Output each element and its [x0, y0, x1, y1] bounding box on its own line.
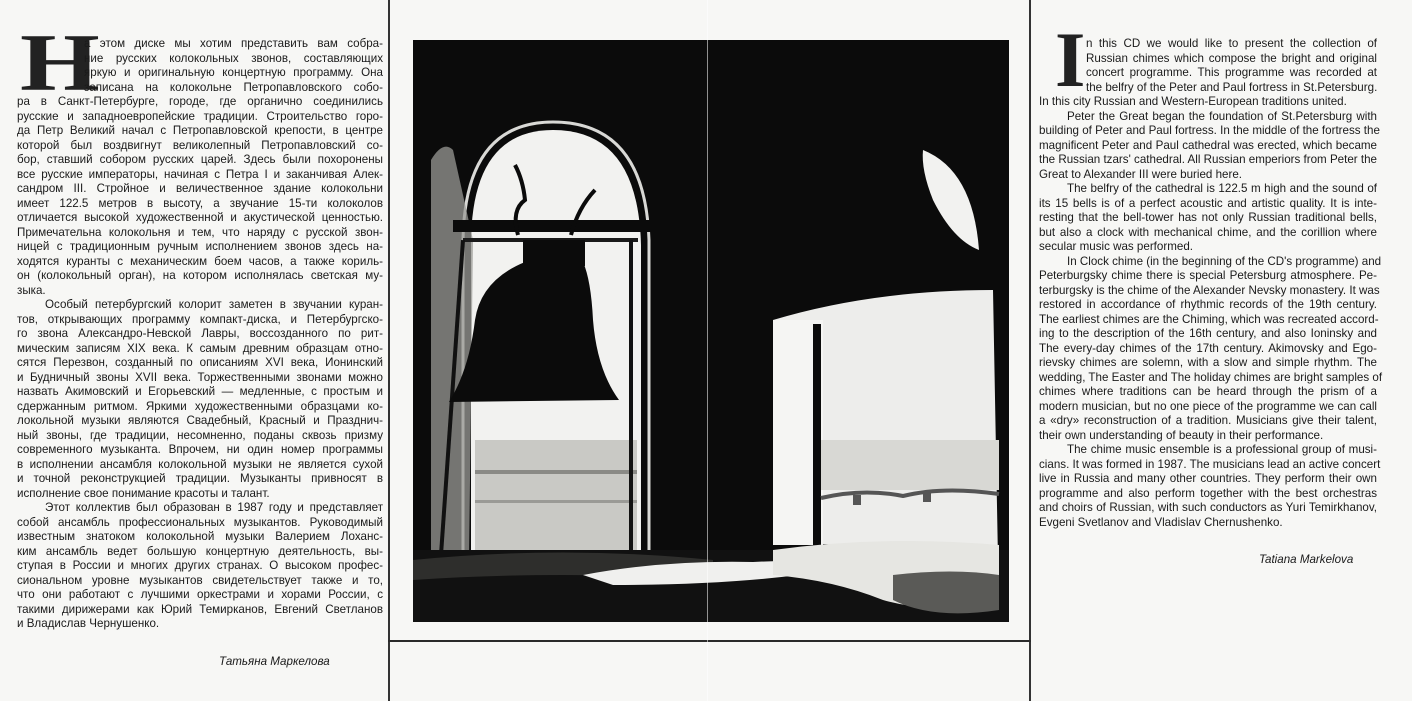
- text-line: бор, ставший собором русских царей. Здес…: [17, 153, 383, 168]
- text-line: ступая в России и многих других странах.…: [17, 559, 383, 574]
- signature-ru: Татьяна Маркелова: [219, 655, 330, 668]
- text-line: ние русских колокольных звонов, составля…: [17, 52, 383, 67]
- text-line: their own understanding of beauty in the…: [1039, 429, 1377, 444]
- text-line: назвать Акимовский и Егорьевский — медле…: [17, 385, 383, 400]
- text-line: Russian chimes which compose the bright …: [1039, 52, 1377, 67]
- text-line: он (колокольный орган), на котором испол…: [17, 269, 383, 284]
- text-line: concert programme. This programme was re…: [1039, 66, 1377, 81]
- text-line: зыка.: [17, 284, 383, 299]
- photo-panel-bottom-rule: [388, 640, 1031, 642]
- text-line: которой был воздвигнут великолепный Петр…: [17, 139, 383, 154]
- text-line: локольной музыки являются Свадебный, Кра…: [17, 414, 383, 429]
- text-line: a «dry» reconstruction of a tradition. M…: [1039, 414, 1377, 429]
- text-line: имеет 122.5 метров в высоту, а звучание …: [17, 197, 383, 212]
- text-line: мическим записям XIX века. К самым древн…: [17, 342, 383, 357]
- text-line: все русские императоры, начиная с Петра …: [17, 168, 383, 183]
- text-line: русские и западноевропейские традиции. С…: [17, 110, 383, 125]
- text-line: ким ансамбль ведет большую концертную де…: [17, 545, 383, 560]
- text-line: ing to the description of the 16th centu…: [1039, 327, 1377, 342]
- signature-en: Tatiana Markelova: [1259, 553, 1353, 566]
- text-line: Примечательна колокольня и тем, что наря…: [17, 226, 383, 241]
- text-line: restored in accordance of rhythmic recor…: [1039, 298, 1377, 313]
- text-line: and choirs of Russian, with such conduct…: [1039, 501, 1377, 516]
- text-line: building of Peter and Paul fortress. In …: [1039, 124, 1377, 139]
- text-line: The earliest chimes are the Chiming, whi…: [1039, 313, 1377, 328]
- belfry-photo: [413, 40, 1009, 622]
- text-line: сандром III. Стройное и величественное з…: [17, 182, 383, 197]
- text-line: Этот коллектив был образован в 1987 году…: [17, 501, 383, 516]
- english-text-column: n this CD we would like to present the c…: [1039, 37, 1377, 530]
- text-line: Особый петербургский колорит заметен в з…: [17, 298, 383, 313]
- text-line: сятся Перезвон, созданный по описаниям X…: [17, 356, 383, 371]
- text-line: сиональном уровне музыкантов свидетельст…: [17, 574, 383, 589]
- text-line: live in Russia and many other countries.…: [1039, 472, 1377, 487]
- text-line: исполнение свое понимание красоты и тала…: [17, 487, 383, 502]
- text-line: but also a clock with mechanical chime, …: [1039, 226, 1377, 241]
- text-line: и Владислав Чернушенко.: [17, 617, 383, 632]
- text-line: Peterburgsky chime there is special Pete…: [1039, 269, 1377, 284]
- text-line: Peter the Great began the foundation of …: [1039, 110, 1377, 125]
- text-line: и Будничный звоны XVII века. Торжественн…: [17, 371, 383, 386]
- text-line: отличается высокой художественной и акус…: [17, 211, 383, 226]
- text-line: в исполнении ансамбля колокольной музыки…: [17, 458, 383, 473]
- text-line: rievsky chimes are solemn, with a slow a…: [1039, 356, 1377, 371]
- text-line: ный звоны, где традиции, несомненно, под…: [17, 429, 383, 444]
- text-line: яркую и оригинальную концертную программ…: [17, 66, 383, 81]
- text-line: го звона Александро-Невской Лавры, воссо…: [17, 327, 383, 342]
- text-line: The chime music ensemble is a profession…: [1039, 443, 1377, 458]
- text-line: Evgeni Svetlanov and Vladislav Chernushe…: [1039, 516, 1377, 531]
- text-line: The every-day chimes of the 17th century…: [1039, 342, 1377, 357]
- text-line: известным знатоком колокольной музыки Ва…: [17, 530, 383, 545]
- text-line: собой ансамбль профессиональных музыкант…: [17, 516, 383, 531]
- text-line: In this city Russian and Western-Europea…: [1039, 95, 1377, 110]
- text-line: сдержанным ритмом. Яркими художественным…: [17, 400, 383, 415]
- text-line: тов, открывающих программу компакт-диска…: [17, 313, 383, 328]
- text-line: the Russian tzars' cathedral. All Russia…: [1039, 153, 1377, 168]
- text-line: ра в Санкт-Петербурге, городе, где орган…: [17, 95, 383, 110]
- text-line: n this CD we would like to present the c…: [1039, 37, 1377, 52]
- text-line: modern musician, but no one piece of the…: [1039, 400, 1377, 415]
- text-line: ходятся куранты с механическим боем часо…: [17, 255, 383, 270]
- text-line: а этом диске мы хотим представить вам со…: [17, 37, 383, 52]
- panel-divider-left: [388, 0, 390, 701]
- text-line: the belfry of the Peter and Paul fortres…: [1039, 81, 1377, 96]
- text-line: что они работают с лучшими оркестрами и …: [17, 588, 383, 603]
- text-line: cians. It was formed in 1987. The musici…: [1039, 458, 1377, 473]
- panel-divider-right: [1029, 0, 1031, 701]
- russian-text-column: а этом диске мы хотим представить вам со…: [17, 37, 383, 632]
- text-line: записана на колокольне Петропавловского …: [17, 81, 383, 96]
- text-line: wedding, The Easter and The holiday chim…: [1039, 371, 1377, 386]
- text-line: Great to Alexander III were buried here.: [1039, 168, 1377, 183]
- text-line: magnificent Peter and Paul cathedral was…: [1039, 139, 1377, 154]
- text-line: ницей с традиционным ручным исполнением …: [17, 240, 383, 255]
- booklet-fold-line: [707, 0, 708, 701]
- text-line: The belfry of the cathedral is 122.5 m h…: [1039, 182, 1377, 197]
- text-line: и точной реконструкцией традиции. Музыка…: [17, 472, 383, 487]
- text-line: да Петр Великий начал с Петропавловской …: [17, 124, 383, 139]
- text-line: its 15 bells is of a perfect acoustic an…: [1039, 197, 1377, 212]
- text-line: programme and also perform together with…: [1039, 487, 1377, 502]
- text-line: resting that the bell-tower has not only…: [1039, 211, 1377, 226]
- text-line: secular music was performed.: [1039, 240, 1377, 255]
- text-line: современного музыканта. Впрочем, ни один…: [17, 443, 383, 458]
- text-line: такими дирижерами как Юрий Темирканов, Е…: [17, 603, 383, 618]
- text-line: terburgsky is the chime of the Alexander…: [1039, 284, 1377, 299]
- text-line: In Clock chime (in the beginning of the …: [1039, 255, 1377, 270]
- text-line: chimes where traditions can be heard thr…: [1039, 385, 1377, 400]
